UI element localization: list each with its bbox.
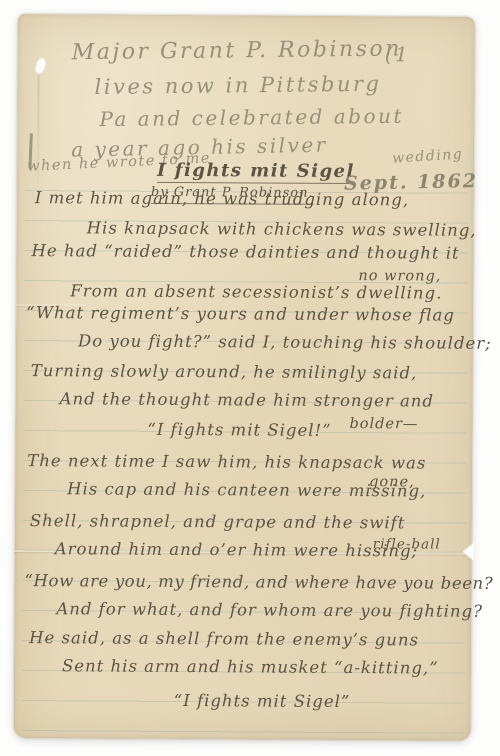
poem-title: I fights mit Sigel: [157, 161, 355, 184]
poem-line: Turning slowly around, he smilingly said…: [31, 361, 418, 383]
pencil-note-line: lives now in Pittsburg: [94, 74, 381, 97]
poem-line: His knapsack with chickens was swelling,: [87, 218, 477, 240]
poem-line: “I fights mit Sigel”: [174, 691, 351, 712]
poem-line: Shell, shrapnel, and grape and the swift: [30, 511, 406, 533]
poem-line: And the thought made him stronger and: [60, 389, 435, 411]
poem-line: The next time I saw him, his knapsack wa…: [27, 451, 426, 473]
poem-line: “What regiment’s yours and under whose f…: [26, 303, 455, 326]
poem-line: His cap and his canteen were missing,: [67, 479, 426, 501]
poem-line-overflow: bolder—: [349, 414, 418, 434]
manuscript-page: Major Grant P. Robinson (1 lives now in …: [14, 14, 475, 741]
poem-line: Do you fight?” said I, touching his shou…: [78, 331, 492, 354]
pencil-page-number: (1: [385, 44, 411, 64]
poem-line: I met him again, he was trudging along,: [35, 188, 409, 210]
poem-line: Sent his arm and his musket “a-kitting,”: [62, 656, 439, 678]
poem-line: He had “raided” those dainties and thoug…: [31, 241, 459, 264]
poem-line: “I fights mit Sigel!”: [147, 420, 331, 441]
poem-line: “How are you, my friend, and where have …: [24, 571, 493, 594]
pencil-note-line: Major Grant P. Robinson: [72, 39, 402, 63]
scan-background: Major Grant P. Robinson (1 lives now in …: [0, 0, 500, 756]
poem-line: Around him and o’er him were hissing;: [55, 539, 419, 561]
pencil-note-line: Pa and celebrated about: [99, 106, 404, 129]
poem-line: From an absent secessionist’s dwelling.: [70, 281, 442, 303]
poem-line: He said, as a shell from the enemy’s gun…: [29, 628, 419, 650]
punch-hole: [34, 56, 48, 75]
pencil-note-overflow: wedding: [392, 144, 464, 168]
poem-line: And for what, and for whom are you fight…: [56, 599, 483, 622]
edge-tear-notch: [463, 543, 474, 561]
